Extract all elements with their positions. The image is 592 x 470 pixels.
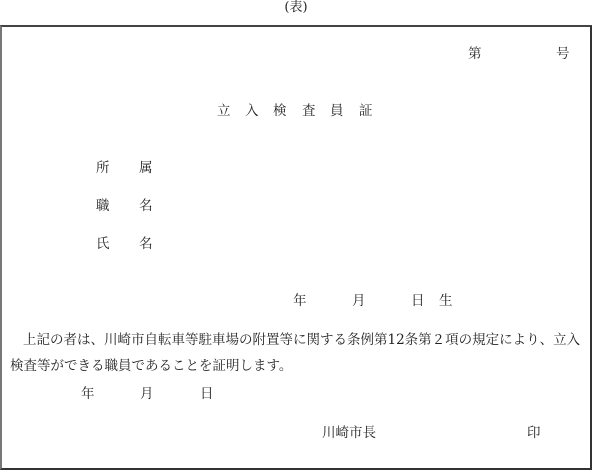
field-affiliation-label-1: 所 [96,160,110,176]
title-char-6: 証 [359,103,373,119]
issue-year-label: 年 [81,386,95,402]
issuer-name: 川崎市長 [322,425,376,441]
birth-suffix-label: 生 [439,293,453,309]
certificate-frame [0,25,592,470]
certification-text: 上記の者は、川崎市自転車等駐車場の附置等に関する条例第12条第２項の規定により、… [10,327,586,379]
seal-mark: 印 [527,425,541,441]
field-name-label-2: 名 [139,236,153,252]
title-char-1: 立 [217,103,231,119]
birth-day-label: 日 [411,293,425,309]
title-char-5: 員 [330,103,344,119]
birth-month-label: 月 [352,293,366,309]
front-side-caption: (表) [0,0,592,16]
number-suffix: 号 [556,46,570,62]
field-position-label-1: 職 [96,198,110,214]
number-prefix: 第 [468,46,482,62]
title-char-4: 査 [302,103,316,119]
field-affiliation-label-2: 属 [139,160,153,176]
field-position-label-2: 名 [139,198,153,214]
issue-month-label: 月 [140,386,154,402]
field-name-label-1: 氏 [96,236,110,252]
birth-year-label: 年 [293,293,307,309]
issue-day-label: 日 [200,386,214,402]
title-char-3: 検 [273,103,287,119]
title-char-2: 入 [245,103,259,119]
